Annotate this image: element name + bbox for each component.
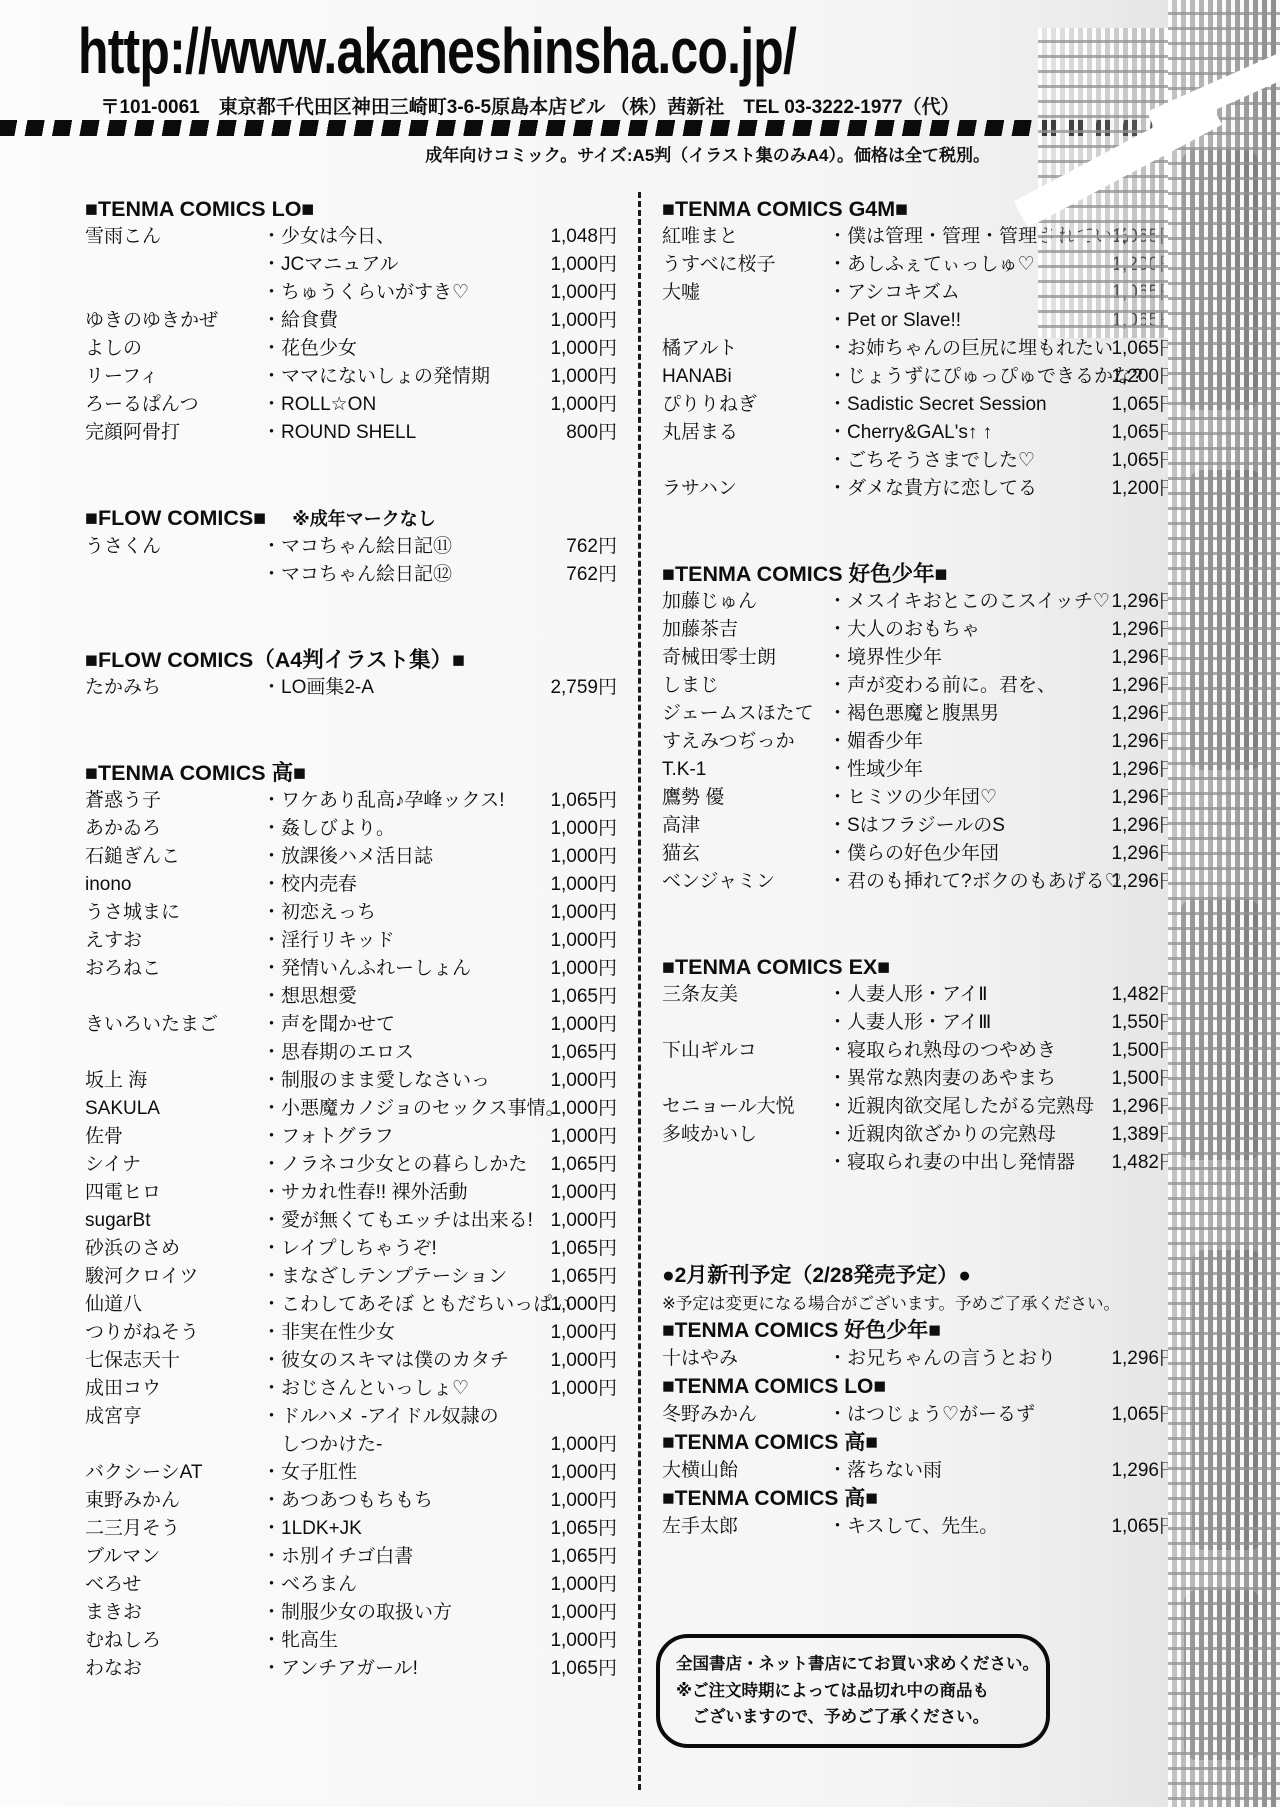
row-price: 762円 — [543, 533, 617, 561]
catalog-row: 左手太郎・キスして、先生。1,065円 — [662, 1513, 1178, 1541]
row-title: ・ダメな貴方に恋してる — [828, 475, 1104, 503]
row-author: 十はやみ — [662, 1345, 828, 1373]
catalog-row: ・想思想愛1,065円 — [85, 983, 617, 1011]
row-title: ・寝取られ熟母のつやめき — [828, 1037, 1104, 1065]
row-price: 1,000円 — [543, 815, 617, 843]
row-title: ・JCマニュアル — [262, 251, 543, 279]
catalog-row: 仙道八・こわしてあそぼ ともだちいっぱい1,000円 — [85, 1291, 617, 1319]
row-title: ・牝高生 — [262, 1627, 543, 1655]
row-title: ・レイプしちゃうぞ! — [262, 1235, 543, 1263]
row-title: ・思春期のエロス — [262, 1039, 543, 1067]
catalog-row: 猫玄・僕らの好色少年団1,296円 — [662, 840, 1178, 868]
row-author — [85, 561, 262, 589]
catalog-row: ・思春期のエロス1,065円 — [85, 1039, 617, 1067]
row-title: ・声が変わる前に。君を、 — [828, 672, 1104, 700]
row-author: 大嘘 — [662, 279, 828, 307]
catalog-row: ・異常な熟肉妻のあやまち1,500円 — [662, 1065, 1178, 1093]
row-price: 1,065円 — [1104, 1513, 1178, 1541]
row-price: 1,000円 — [543, 1123, 617, 1151]
row-title: ・ROUND SHELL — [262, 419, 543, 447]
catalog-row: べろせ・べろまん1,000円 — [85, 1571, 617, 1599]
row-title: しつかけた- — [262, 1431, 543, 1459]
catalog-row: セニョール大悦・近親肉欲交尾したがる完熟母1,296円 — [662, 1093, 1178, 1121]
catalog-row: 佐骨・フォトグラフ1,000円 — [85, 1123, 617, 1151]
row-author: セニョール大悦 — [662, 1093, 828, 1121]
row-price: 1,065円 — [543, 1543, 617, 1571]
site-url: http://www.akaneshinsha.co.jp/ — [78, 14, 796, 88]
catalog-row: すえみつぢっか・媚香少年1,296円 — [662, 728, 1178, 756]
row-title: ・大人のおもちゃ — [828, 616, 1104, 644]
row-title: ・まなざしテンプテーション — [262, 1263, 543, 1291]
row-price: 1,065円 — [543, 983, 617, 1011]
row-author: 左手太郎 — [662, 1513, 828, 1541]
row-title: ・褐色悪魔と腹黒男 — [828, 700, 1104, 728]
catalog-row: たかみち・LO画集2-A2,759円 — [85, 674, 617, 702]
row-price: 1,000円 — [543, 1291, 617, 1319]
row-author — [85, 983, 262, 1011]
catalog-row: 完顔阿骨打・ROUND SHELL800円 — [85, 419, 617, 447]
catalog-row: ・人妻人形・アイⅢ1,550円 — [662, 1009, 1178, 1037]
catalog-row: 下山ギルコ・寝取られ熟母のつやめき1,500円 — [662, 1037, 1178, 1065]
catalog-row: ろーるぱんつ・ROLL☆ON1,000円 — [85, 391, 617, 419]
row-price: 1,000円 — [543, 1207, 617, 1235]
catalog-row: あかゐろ・姦しびより。1,000円 — [85, 815, 617, 843]
row-title: ・ドルハメ -アイドル奴隷の — [262, 1403, 543, 1431]
row-price: 1,296円 — [1104, 1345, 1178, 1373]
row-title: ・非実在性少女 — [262, 1319, 543, 1347]
row-title: ・声を聞かせて — [262, 1011, 543, 1039]
row-author — [85, 1431, 262, 1459]
row-author: 多岐かいし — [662, 1121, 828, 1149]
row-author: 高津 — [662, 812, 828, 840]
divider-band — [0, 120, 1152, 136]
row-author — [662, 1065, 828, 1093]
row-title: ・マコちゃん絵日記⑪ — [262, 533, 543, 561]
catalog-row: きいろいたまご・声を聞かせて1,000円 — [85, 1011, 617, 1039]
row-author: 三条友美 — [662, 981, 828, 1009]
catalog-row: うさ城まに・初恋えっち1,000円 — [85, 899, 617, 927]
catalog-row: 駿河クロイツ・まなざしテンプテーション1,065円 — [85, 1263, 617, 1291]
row-title: ・愛が無くてもエッチは出来る! — [262, 1207, 543, 1235]
row-price: 1,000円 — [543, 1627, 617, 1655]
catalog-row: sugarBt・愛が無くてもエッチは出来る!1,000円 — [85, 1207, 617, 1235]
catalog-row: 成田コウ・おじさんといっしょ♡1,000円 — [85, 1375, 617, 1403]
row-title: ・初恋えっち — [262, 899, 543, 927]
row-title: ・お兄ちゃんの言うとおり — [828, 1345, 1104, 1373]
row-price: 1,550円 — [1104, 1009, 1178, 1037]
subsection-title: ■TENMA COMICS 高■ — [662, 1429, 1178, 1457]
catalog-row: リーフィ・ママにないしょの発情期1,000円 — [85, 363, 617, 391]
row-author: 完顔阿骨打 — [85, 419, 262, 447]
section-caution: ※予定は変更になる場合がございます。予めご了承ください。 — [662, 1291, 1178, 1317]
catalog-page: { "header": { "url": "http://www.akanesh… — [0, 0, 1280, 1807]
catalog-column-right: ■TENMA COMICS G4M■紅唯まと・僕は管理・管理・管理されている1,… — [662, 195, 1178, 1541]
row-price: 1,000円 — [543, 363, 617, 391]
row-price: 1,296円 — [1104, 812, 1178, 840]
row-price: 1,000円 — [543, 279, 617, 307]
row-price: 1,296円 — [1104, 588, 1178, 616]
row-author: HANABi — [662, 363, 828, 391]
row-price: 1,482円 — [1104, 981, 1178, 1009]
row-author — [662, 307, 828, 335]
row-title: ・1LDK+JK — [262, 1515, 543, 1543]
row-title: ・じょうずにぴゅっぴゅできるかな? — [828, 363, 1104, 391]
publisher-address: 〒101-0061 東京都千代田区神田三崎町3-6-5原島本店ビル （株）茜新社… — [70, 92, 990, 119]
row-title: ・人妻人形・アイⅡ — [828, 981, 1104, 1009]
catalog-row: SAKULA・小悪魔カノジョのセックス事情。1,000円 — [85, 1095, 617, 1123]
row-author: つりがねそう — [85, 1319, 262, 1347]
row-author: 砂浜のさめ — [85, 1235, 262, 1263]
catalog-row: しつかけた-1,000円 — [85, 1431, 617, 1459]
row-price: 1,000円 — [543, 843, 617, 871]
row-title: ・あつあつもちもち — [262, 1487, 543, 1515]
row-author: 成宮亨 — [85, 1403, 262, 1431]
right-edge-decoration — [1168, 0, 1280, 1807]
row-price: 1,000円 — [543, 1431, 617, 1459]
row-price: 1,000円 — [543, 955, 617, 983]
row-author: 雪雨こん — [85, 223, 262, 251]
row-price: 1,000円 — [543, 1011, 617, 1039]
catalog-row: 鷹勢 優・ヒミツの少年団♡1,296円 — [662, 784, 1178, 812]
section-title: ■TENMA COMICS LO■ — [85, 195, 617, 223]
catalog-row: ・JCマニュアル1,000円 — [85, 251, 617, 279]
row-author — [662, 1149, 828, 1177]
purchase-notice-box: 全国書店・ネット書店にてお買い求めください。 ※ご注文時期によっては品切れ中の商… — [656, 1634, 1050, 1748]
row-title: ・マコちゃん絵日記⑫ — [262, 561, 543, 589]
row-price: 1,065円 — [543, 1263, 617, 1291]
row-title: ・近親肉欲交尾したがる完熟母 — [828, 1093, 1104, 1121]
row-price: 1,065円 — [1104, 419, 1178, 447]
catalog-row: 東野みかん・あつあつもちもち1,000円 — [85, 1487, 617, 1515]
row-price: 1,065円 — [543, 1235, 617, 1263]
row-price: 762円 — [543, 561, 617, 589]
row-title: ・想思想愛 — [262, 983, 543, 1011]
row-author: ブルマン — [85, 1543, 262, 1571]
row-price: 1,000円 — [543, 307, 617, 335]
ghost-lettering — [1192, 1250, 1262, 1550]
catalog-row: ラサハン・ダメな貴方に恋してる1,200円 — [662, 475, 1178, 503]
row-price: 1,200円 — [1104, 475, 1178, 503]
row-title: ・姦しびより。 — [262, 815, 543, 843]
catalog-section: ■TENMA COMICS 好色少年■加藤じゅん・メスイキおとこのこスイッチ♡1… — [662, 560, 1178, 896]
row-price: 1,065円 — [543, 1655, 617, 1683]
row-author: よしの — [85, 335, 262, 363]
subsection-title: ■TENMA COMICS 好色少年■ — [662, 1317, 1178, 1345]
row-price: 1,000円 — [543, 899, 617, 927]
row-price: 1,296円 — [1104, 840, 1178, 868]
row-title: ・花色少女 — [262, 335, 543, 363]
catalog-row: わなお・アンチアガール!1,065円 — [85, 1655, 617, 1683]
row-price: 1,065円 — [1104, 1401, 1178, 1429]
section-note: ※成年マークなし — [292, 509, 436, 529]
row-title: ・フォトグラフ — [262, 1123, 543, 1151]
row-author: バクシーシAT — [85, 1459, 262, 1487]
catalog-row: 多岐かいし・近親肉欲ざかりの完熟母1,389円 — [662, 1121, 1178, 1149]
catalog-row: 砂浜のさめ・レイプしちゃうぞ!1,065円 — [85, 1235, 617, 1263]
catalog-row: 加藤じゅん・メスイキおとこのこスイッチ♡1,296円 — [662, 588, 1178, 616]
row-title: ・サカれ性春!! 裸外活動 — [262, 1179, 543, 1207]
section-title: ■TENMA COMICS 好色少年■ — [662, 560, 1178, 588]
row-author: まきお — [85, 1599, 262, 1627]
row-title: ・制服のまま愛しなさいっ — [262, 1067, 543, 1095]
row-title: ・人妻人形・アイⅢ — [828, 1009, 1104, 1037]
row-title: ・キスして、先生。 — [828, 1513, 1104, 1541]
row-price: 1,000円 — [543, 391, 617, 419]
row-title: ・こわしてあそぼ ともだちいっぱい — [262, 1291, 543, 1319]
row-author: 二三月そう — [85, 1515, 262, 1543]
row-title: ・校内売春 — [262, 871, 543, 899]
catalog-row: 坂上 海・制服のまま愛しなさいっ1,000円 — [85, 1067, 617, 1095]
row-author: たかみち — [85, 674, 262, 702]
row-author: 蒼惑う子 — [85, 787, 262, 815]
row-price: 1,296円 — [1104, 1457, 1178, 1485]
row-title: ・ちゅうくらいがすき♡ — [262, 279, 543, 307]
catalog-section: ■TENMA COMICS LO■雪雨こん・少女は今日、1,048円・JCマニュ… — [85, 195, 617, 447]
row-price: 1,000円 — [543, 1571, 617, 1599]
row-price: 2,759円 — [543, 674, 617, 702]
catalog-row: えすお・淫行リキッド1,000円 — [85, 927, 617, 955]
row-author: えすお — [85, 927, 262, 955]
catalog-column-left: ■TENMA COMICS LO■雪雨こん・少女は今日、1,048円・JCマニュ… — [85, 195, 617, 1683]
catalog-section: ■TENMA COMICS EX■三条友美・人妻人形・アイⅡ1,482円・人妻人… — [662, 953, 1178, 1177]
row-price: 1,065円 — [543, 1151, 617, 1179]
catalog-row: 三条友美・人妻人形・アイⅡ1,482円 — [662, 981, 1178, 1009]
row-title: ・アンチアガール! — [262, 1655, 543, 1683]
row-title: ・給食費 — [262, 307, 543, 335]
catalog-section: ■FLOW COMICS■※成年マークなしうさくん・マコちゃん絵日記⑪762円・… — [85, 504, 617, 589]
row-price: 1,000円 — [543, 1459, 617, 1487]
column-divider — [638, 192, 641, 1790]
row-title: ・ヒミツの少年団♡ — [828, 784, 1104, 812]
corner-stripe-decoration — [1038, 28, 1170, 338]
row-price: 1,389円 — [1104, 1121, 1178, 1149]
row-title: ・ノラネコ少女との暮らしかた — [262, 1151, 543, 1179]
row-author: ろーるぱんつ — [85, 391, 262, 419]
catalog-section: ■TENMA COMICS 高■蒼惑う子・ワケあり乱高♪孕峰ックス!1,065円… — [85, 759, 617, 1683]
catalog-row: ・ごちそうさまでした♡1,065円 — [662, 447, 1178, 475]
catalog-row: ベンジャミン・君のも挿れて?ボクのもあげる♡1,296円 — [662, 868, 1178, 896]
row-author: きいろいたまご — [85, 1011, 262, 1039]
row-author — [85, 251, 262, 279]
row-author: sugarBt — [85, 1207, 262, 1235]
row-price: 1,500円 — [1104, 1037, 1178, 1065]
row-title: ・ROLL☆ON — [262, 391, 543, 419]
row-author: 坂上 海 — [85, 1067, 262, 1095]
row-author: 猫玄 — [662, 840, 828, 868]
row-title: ・彼女のスキマは僕のカタチ — [262, 1347, 543, 1375]
row-title: ・べろまん — [262, 1571, 543, 1599]
row-title: ・発情いんふれーしょん — [262, 955, 543, 983]
catalog-row: うさくん・マコちゃん絵日記⑪762円 — [85, 533, 617, 561]
catalog-row: 高津・SはフラジールのS1,296円 — [662, 812, 1178, 840]
row-price: 1,065円 — [543, 1039, 617, 1067]
row-title: ・落ちない雨 — [828, 1457, 1104, 1485]
row-title: ・境界性少年 — [828, 644, 1104, 672]
row-price: 1,296円 — [1104, 672, 1178, 700]
row-author: 鷹勢 優 — [662, 784, 828, 812]
row-price: 1,048円 — [543, 223, 617, 251]
row-price: 1,000円 — [543, 927, 617, 955]
catalog-row: ジェームスほたて・褐色悪魔と腹黒男1,296円 — [662, 700, 1178, 728]
row-author: 七保志天十 — [85, 1347, 262, 1375]
section-title: ■FLOW COMICS（A4判イラスト集）■ — [85, 646, 617, 674]
section-title: ■TENMA COMICS EX■ — [662, 953, 1178, 981]
row-author: うさ城まに — [85, 899, 262, 927]
row-author: ジェームスほたて — [662, 700, 828, 728]
row-author: 橘アルト — [662, 335, 828, 363]
row-author: T.K-1 — [662, 756, 828, 784]
catalog-note: 成年向けコミック。サイズ:A5判（イラスト集のみA4）。価格は全て税別。 — [400, 141, 990, 166]
catalog-row: ゆきのゆきかぜ・給食費1,000円 — [85, 307, 617, 335]
catalog-row: HANABi・じょうずにぴゅっぴゅできるかな?1,200円 — [662, 363, 1178, 391]
row-title: ・小悪魔カノジョのセックス事情。 — [262, 1095, 543, 1123]
row-title: ・異常な熟肉妻のあやまち — [828, 1065, 1104, 1093]
row-title: ・LO画集2-A — [262, 674, 543, 702]
catalog-row: inono・校内売春1,000円 — [85, 871, 617, 899]
catalog-row: 大横山飴・落ちない雨1,296円 — [662, 1457, 1178, 1485]
row-author: 大横山飴 — [662, 1457, 828, 1485]
row-price: 1,000円 — [543, 1067, 617, 1095]
row-author: 石鎚ぎんこ — [85, 843, 262, 871]
catalog-row: 橘アルト・お姉ちゃんの巨尻に埋もれたい1,065円 — [662, 335, 1178, 363]
catalog-row: ぴりりねぎ・Sadistic Secret Session1,065円 — [662, 391, 1178, 419]
row-author: SAKULA — [85, 1095, 262, 1123]
row-author: わなお — [85, 1655, 262, 1683]
catalog-row: 雪雨こん・少女は今日、1,048円 — [85, 223, 617, 251]
row-price: 1,500円 — [1104, 1065, 1178, 1093]
row-price: 1,000円 — [543, 1179, 617, 1207]
catalog-row: まきお・制服少女の取扱い方1,000円 — [85, 1599, 617, 1627]
row-price: 1,296円 — [1104, 728, 1178, 756]
row-title: ・おじさんといっしょ♡ — [262, 1375, 543, 1403]
row-title: ・ワケあり乱高♪孕峰ックス! — [262, 787, 543, 815]
catalog-row: しまじ・声が変わる前に。君を、1,296円 — [662, 672, 1178, 700]
catalog-section: ●2月新刊予定（2/28発売予定）●※予定は変更になる場合がございます。予めご了… — [662, 1261, 1178, 1541]
row-author: 駿河クロイツ — [85, 1263, 262, 1291]
row-price: 1,200円 — [1104, 363, 1178, 391]
catalog-row: シイナ・ノラネコ少女との暮らしかた1,065円 — [85, 1151, 617, 1179]
row-title: ・近親肉欲ざかりの完熟母 — [828, 1121, 1104, 1149]
row-title: ・放課後ハメ活日誌 — [262, 843, 543, 871]
catalog-row: バクシーシAT・女子肛性1,000円 — [85, 1459, 617, 1487]
row-price: 1,065円 — [543, 787, 617, 815]
row-price: 1,296円 — [1104, 784, 1178, 812]
catalog-row: むねしろ・牝高生1,000円 — [85, 1627, 617, 1655]
row-title: ・性域少年 — [828, 756, 1104, 784]
row-price: 1,000円 — [543, 1319, 617, 1347]
row-author — [85, 279, 262, 307]
notice-line: ※ご注文時期によっては品切れ中の商品も — [676, 1678, 1036, 1705]
notice-line: ございますので、予めご了承ください。 — [676, 1704, 1036, 1731]
catalog-row: ・寝取られ妻の中出し発情器1,482円 — [662, 1149, 1178, 1177]
row-price: 800円 — [543, 419, 617, 447]
row-title: ・女子肛性 — [262, 1459, 543, 1487]
row-title: ・ホ別イチゴ白書 — [262, 1543, 543, 1571]
catalog-row: おろねこ・発情いんふれーしょん1,000円 — [85, 955, 617, 983]
catalog-row: 石鎚ぎんこ・放課後ハメ活日誌1,000円 — [85, 843, 617, 871]
row-title: ・Sadistic Secret Session — [828, 391, 1104, 419]
row-author: 加藤茶吉 — [662, 616, 828, 644]
row-title: ・ママにないしょの発情期 — [262, 363, 543, 391]
row-author: ぴりりねぎ — [662, 391, 828, 419]
catalog-row: 冬野みかん・はつじょう♡がーるず1,065円 — [662, 1401, 1178, 1429]
row-price: 1,000円 — [543, 1347, 617, 1375]
row-author: むねしろ — [85, 1627, 262, 1655]
row-author: ベンジャミン — [662, 868, 828, 896]
catalog-row: ・ちゅうくらいがすき♡1,000円 — [85, 279, 617, 307]
row-author: 佐骨 — [85, 1123, 262, 1151]
catalog-section: ■FLOW COMICS（A4判イラスト集）■たかみち・LO画集2-A2,759… — [85, 646, 617, 702]
row-price: 1,482円 — [1104, 1149, 1178, 1177]
notice-line: 全国書店・ネット書店にてお買い求めください。 — [676, 1651, 1036, 1678]
row-author: うすべに桜子 — [662, 251, 828, 279]
row-price: 1,000円 — [543, 871, 617, 899]
row-author: 四電ヒロ — [85, 1179, 262, 1207]
row-title: ・お姉ちゃんの巨尻に埋もれたい — [828, 335, 1104, 363]
row-author — [662, 1009, 828, 1037]
ghost-lettering — [1190, 470, 1262, 770]
row-author: リーフィ — [85, 363, 262, 391]
row-price: 1,000円 — [543, 1599, 617, 1627]
row-author: 紅唯まと — [662, 223, 828, 251]
row-author: すえみつぢっか — [662, 728, 828, 756]
row-price: 1,065円 — [543, 1515, 617, 1543]
row-price — [543, 1403, 617, 1431]
row-title: ・ごちそうさまでした♡ — [828, 447, 1104, 475]
catalog-row: 奇械田零士朗・境界性少年1,296円 — [662, 644, 1178, 672]
catalog-row: 七保志天十・彼女のスキマは僕のカタチ1,000円 — [85, 1347, 617, 1375]
catalog-row: つりがねそう・非実在性少女1,000円 — [85, 1319, 617, 1347]
catalog-row: 丸居まる・Cherry&GAL's↑ ↑1,065円 — [662, 419, 1178, 447]
row-price: 1,000円 — [543, 335, 617, 363]
row-author — [662, 447, 828, 475]
catalog-row: 二三月そう・1LDK+JK1,065円 — [85, 1515, 617, 1543]
row-title: ・君のも挿れて?ボクのもあげる♡ — [828, 868, 1104, 896]
row-price: 1,065円 — [1104, 391, 1178, 419]
section-title: ●2月新刊予定（2/28発売予定）● — [662, 1261, 1178, 1291]
row-title: ・媚香少年 — [828, 728, 1104, 756]
row-author: うさくん — [85, 533, 262, 561]
row-title: ・淫行リキッド — [262, 927, 543, 955]
row-title: ・僕らの好色少年団 — [828, 840, 1104, 868]
row-author: 奇械田零士朗 — [662, 644, 828, 672]
ghost-lettering — [1182, 150, 1258, 410]
ghost-lettering — [1184, 1590, 1260, 1760]
row-author: ラサハン — [662, 475, 828, 503]
row-price: 1,000円 — [543, 1095, 617, 1123]
catalog-row: ・マコちゃん絵日記⑫762円 — [85, 561, 617, 589]
row-author: 丸居まる — [662, 419, 828, 447]
row-title: ・はつじょう♡がーるず — [828, 1401, 1104, 1429]
catalog-row: 十はやみ・お兄ちゃんの言うとおり1,296円 — [662, 1345, 1178, 1373]
row-author: べろせ — [85, 1571, 262, 1599]
row-author: 成田コウ — [85, 1375, 262, 1403]
row-author: inono — [85, 871, 262, 899]
row-title: ・Cherry&GAL's↑ ↑ — [828, 419, 1104, 447]
row-title: ・制服少女の取扱い方 — [262, 1599, 543, 1627]
catalog-row: 蒼惑う子・ワケあり乱高♪孕峰ックス!1,065円 — [85, 787, 617, 815]
row-author: 仙道八 — [85, 1291, 262, 1319]
row-author — [85, 1039, 262, 1067]
row-price: 1,296円 — [1104, 644, 1178, 672]
catalog-row: 加藤茶吉・大人のおもちゃ1,296円 — [662, 616, 1178, 644]
row-price: 1,000円 — [543, 1375, 617, 1403]
row-author: 加藤じゅん — [662, 588, 828, 616]
row-title: ・寝取られ妻の中出し発情器 — [828, 1149, 1104, 1177]
row-author: あかゐろ — [85, 815, 262, 843]
subsection-title: ■TENMA COMICS 高■ — [662, 1485, 1178, 1513]
row-author: しまじ — [662, 672, 828, 700]
